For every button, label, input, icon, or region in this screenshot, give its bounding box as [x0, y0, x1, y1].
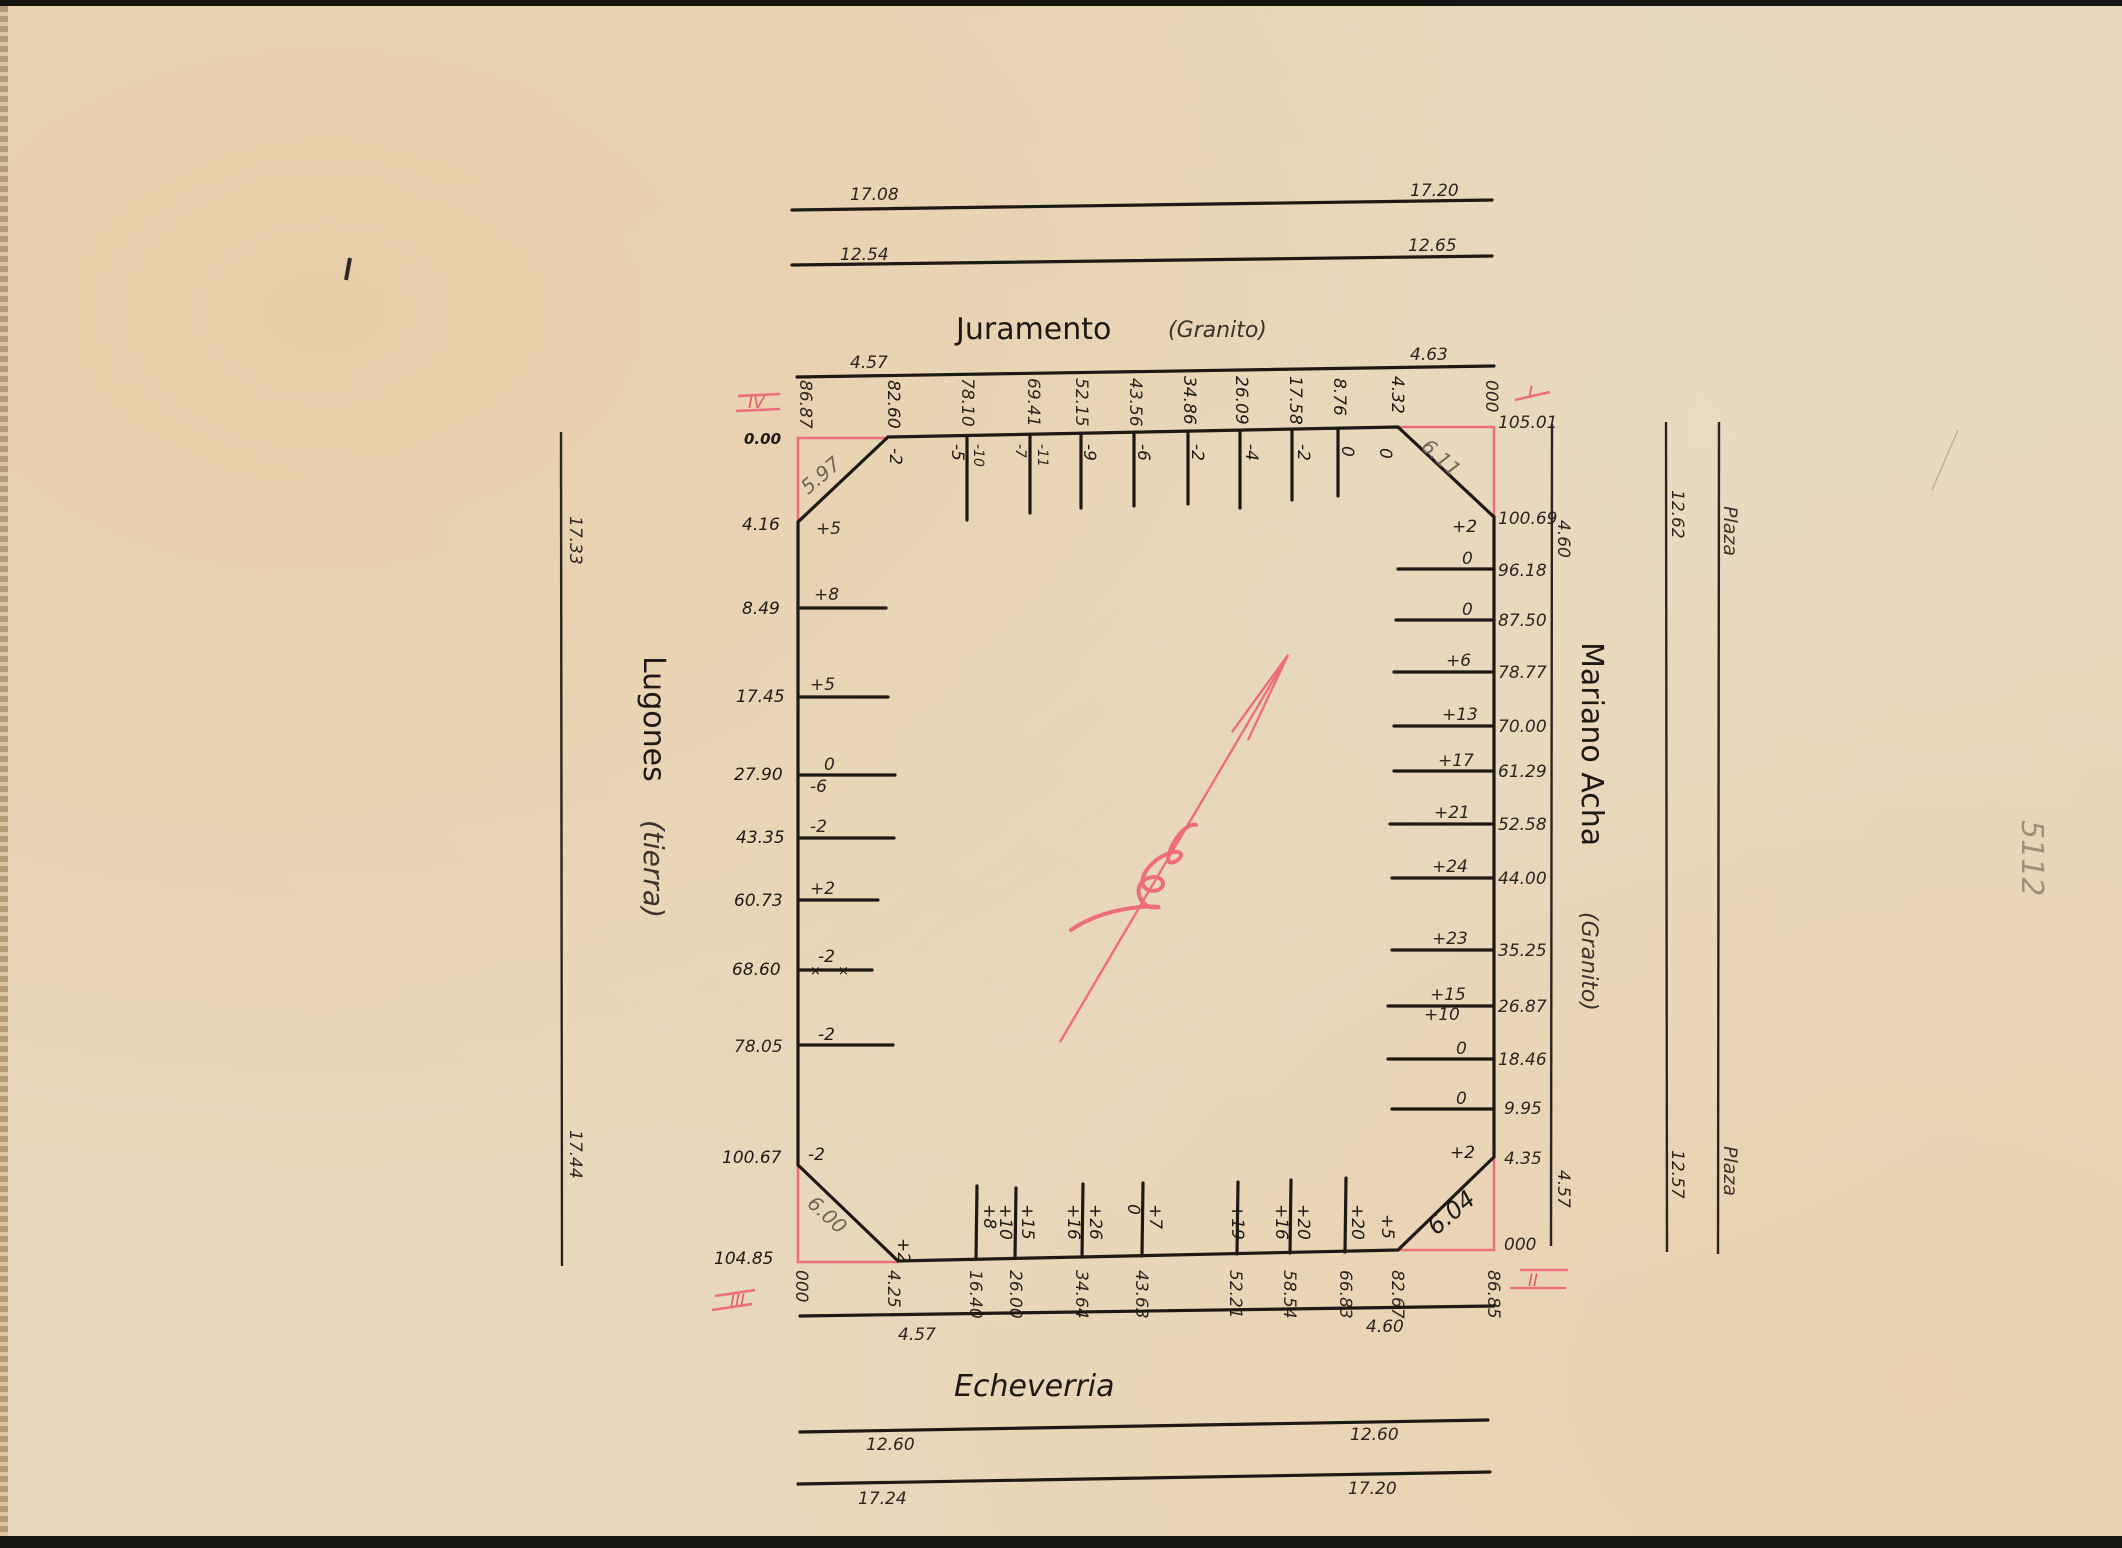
level-label: 4.57	[850, 353, 888, 373]
chainage-label: 000	[1504, 1235, 1536, 1255]
offset-label: -2	[818, 1025, 835, 1045]
level-label: 12.65	[1408, 236, 1457, 256]
offset-label: +17	[1438, 751, 1474, 771]
offset-label: +20	[1293, 1204, 1313, 1240]
chainage-label: 78.10	[957, 378, 977, 427]
chamfer-label-nw: 5.97	[796, 452, 846, 499]
offset-label: +23	[1432, 929, 1468, 949]
offset-label: 0	[1337, 446, 1357, 457]
chainage-label: 17.45	[736, 687, 785, 707]
offset-label: -2	[808, 1145, 825, 1165]
offset-label: +21	[1434, 803, 1470, 823]
plaza-label: Plaza	[1719, 506, 1741, 556]
street-name-juramento: Juramento	[954, 312, 1111, 347]
chainage-label: 86.87	[795, 380, 815, 429]
top-outer-lines: 17.08 17.20 12.54 12.65	[792, 181, 1492, 265]
level-label: 12.62	[1667, 490, 1687, 539]
chainage-label: 61.29	[1498, 762, 1547, 782]
chainage-label: 000	[791, 1270, 811, 1302]
offset-label: 0	[1456, 1039, 1467, 1059]
offset-label: +10	[995, 1204, 1015, 1240]
offset-label: 0	[1375, 448, 1395, 459]
pencil-mark	[1932, 430, 1958, 490]
property-line-left	[561, 432, 562, 1266]
chainage-label: 66.83	[1335, 1270, 1355, 1319]
street-surface-label: (Granito)	[1168, 318, 1267, 343]
offset-label: +24	[1432, 857, 1468, 877]
offset-label: 0	[1456, 1089, 1467, 1109]
offset-label: +16	[1063, 1204, 1083, 1240]
chainage-label: 69.41	[1023, 378, 1043, 427]
chainage-label: 43.35	[736, 828, 785, 848]
chainage-label: 82.67	[1387, 1270, 1407, 1319]
chainage-label: 0.00	[744, 430, 781, 448]
offset-label: +8	[814, 585, 839, 605]
level-label: 17.33	[565, 516, 585, 565]
chainage-label: 87.50	[1498, 611, 1547, 631]
chainage-label: 26.87	[1498, 997, 1547, 1017]
offset-label: +6	[1446, 651, 1471, 671]
chainage-label: 27.90	[734, 765, 783, 785]
top-side-stations: 86.87 82.60 -2 78.10 -5 -10 69.41 -7 -11…	[795, 376, 1501, 520]
offset-label: +2	[1450, 1143, 1475, 1163]
chainage-label: 4.25	[883, 1270, 903, 1308]
level-label: 17.08	[850, 185, 899, 205]
chainage-label: 18.46	[1498, 1050, 1547, 1070]
level-label: 12.54	[840, 245, 889, 265]
chainage-label: 34.86	[1179, 376, 1199, 425]
offset-label: -2	[1187, 444, 1207, 461]
offset-label: -2	[1293, 444, 1313, 461]
chainage-label: 43.56	[1125, 378, 1145, 427]
ink-blot	[346, 258, 350, 280]
offset-label: +5	[816, 519, 841, 539]
bottom-side-stations: 000 4.25 +2 16.40 +8 26.00 +15 +10 34.64…	[791, 1178, 1503, 1319]
chainage-label: 35.25	[1498, 941, 1547, 961]
offset-label: +15	[1017, 1204, 1037, 1240]
offset-label: +19	[1227, 1204, 1247, 1240]
offset-label: -2	[885, 448, 905, 465]
chainage-label: 105.01	[1498, 413, 1557, 433]
chainage-label: 26.09	[1231, 376, 1251, 425]
margin-note: 5112	[2014, 820, 2049, 896]
bottom-outer-lines: 12.60 12.60 17.24 17.20	[798, 1420, 1490, 1509]
level-label: 12.57	[1667, 1150, 1687, 1199]
red-corner-lines	[798, 427, 1494, 1262]
plaza-line	[1718, 422, 1719, 1254]
level-label: 4.60	[1366, 1317, 1404, 1337]
offset-label: +2	[810, 879, 835, 899]
chainage-label: 17.58	[1285, 376, 1305, 425]
curb-line-right	[1551, 424, 1552, 1246]
street-name-lugones: Lugones	[636, 656, 671, 782]
level-label: 4.63	[1410, 345, 1448, 365]
street-name-mariano-acha: Mariano Acha	[1574, 642, 1609, 846]
offset-label: -10	[970, 444, 986, 467]
chainage-label: 104.85	[714, 1249, 773, 1269]
chamfer-label-ne: 6.11	[1417, 434, 1466, 482]
chainage-label: 000	[1481, 380, 1501, 412]
offset-label: +5	[810, 675, 835, 695]
offset-label: +13	[1442, 705, 1478, 725]
chainage-label: 78.77	[1498, 663, 1547, 683]
street-surface-label: (tierra)	[637, 820, 670, 918]
offset-label: -5	[947, 444, 967, 461]
level-label: 17.20	[1348, 1479, 1397, 1499]
chainage-label: 86.85	[1483, 1270, 1503, 1319]
offset-label: 0	[1462, 549, 1473, 569]
offset-label: 0	[824, 755, 835, 775]
chainage-label: 44.00	[1498, 869, 1547, 889]
chainage-label: 52.58	[1498, 815, 1547, 835]
level-label: 4.57	[898, 1325, 936, 1345]
level-label: 4.57	[1553, 1170, 1573, 1208]
block-outline	[798, 427, 1494, 1261]
corner-label-i: I	[1528, 383, 1533, 403]
chainage-label: 8.49	[742, 599, 780, 619]
offset-label: +7	[1145, 1204, 1165, 1229]
street-name-echeverria: Echeverria	[954, 1369, 1115, 1404]
offset-label: 0	[1123, 1204, 1143, 1215]
chainage-label: 78.05	[734, 1037, 783, 1057]
chainage-label: 100.69	[1498, 509, 1557, 529]
chainage-label: 9.95	[1504, 1099, 1542, 1119]
chainage-label: 4.32	[1387, 376, 1407, 414]
property-line-top-2	[792, 256, 1492, 265]
offset-label: +10	[1424, 1005, 1460, 1025]
offset-label: -9	[1079, 444, 1099, 461]
level-label: 12.60	[1350, 1425, 1399, 1445]
chainage-label: 100.67	[722, 1148, 782, 1168]
chainage-label: 58.54	[1279, 1270, 1299, 1319]
north-arrow-icon	[1060, 655, 1288, 1042]
offset-label: -6	[1133, 444, 1153, 461]
plaza-label: Plaza	[1719, 1146, 1741, 1196]
level-label: 17.20	[1410, 181, 1459, 201]
offset-label: -4	[1241, 444, 1261, 461]
level-label: 17.44	[565, 1130, 585, 1179]
level-label: 12.60	[866, 1435, 915, 1455]
chainage-label: 70.00	[1498, 717, 1547, 737]
offset-label: +5	[1377, 1214, 1397, 1239]
chainage-label: 8.76	[1329, 378, 1349, 416]
offset-label: +20	[1347, 1204, 1367, 1240]
offset-label: 0	[1462, 600, 1473, 620]
survey-drawing: 17.08 17.20 12.54 12.65 Juramento (Grani…	[0, 0, 2122, 1548]
chainage-label: 4.35	[1504, 1149, 1542, 1169]
offset-label: +26	[1085, 1204, 1105, 1240]
chamfer-label-se: 6.04	[1422, 1185, 1481, 1241]
offset-label: +2	[893, 1238, 913, 1263]
chainage-label: 68.60	[732, 960, 781, 980]
level-label: 17.24	[858, 1489, 907, 1509]
chainage-label: 60.73	[734, 891, 783, 911]
chainage-label: 16.40	[965, 1270, 985, 1319]
chainage-label: 4.16	[742, 515, 780, 535]
level-label: 4.60	[1553, 520, 1573, 558]
offset-label: -7	[1012, 444, 1028, 458]
property-line-right	[1666, 422, 1667, 1252]
chamfer-label-sw: 6.00	[803, 1191, 852, 1239]
offset-label: -6	[810, 777, 827, 797]
cross-mark: ×	[838, 964, 849, 979]
offset-label: +16	[1271, 1204, 1291, 1240]
chainage-label: 96.18	[1498, 561, 1547, 581]
right-side-stations: 105.01 100.69 +2 96.18 0 87.50 0 78.77 +…	[1388, 413, 1557, 1255]
street-surface-label: (Granito)	[1576, 912, 1601, 1011]
offset-label: -11	[1034, 444, 1050, 467]
chainage-label: 82.60	[883, 380, 903, 429]
offset-label: +2	[1452, 517, 1477, 537]
chainage-label: 52.15	[1071, 378, 1091, 427]
left-side-stations: 0.00 4.16 +5 8.49 +8 17.45 +5 27.90 0 -6…	[714, 430, 895, 1269]
cross-mark: ×	[810, 964, 821, 979]
signature	[1071, 825, 1196, 930]
offset-label: -2	[810, 817, 827, 837]
offset-label: +15	[1430, 985, 1466, 1005]
